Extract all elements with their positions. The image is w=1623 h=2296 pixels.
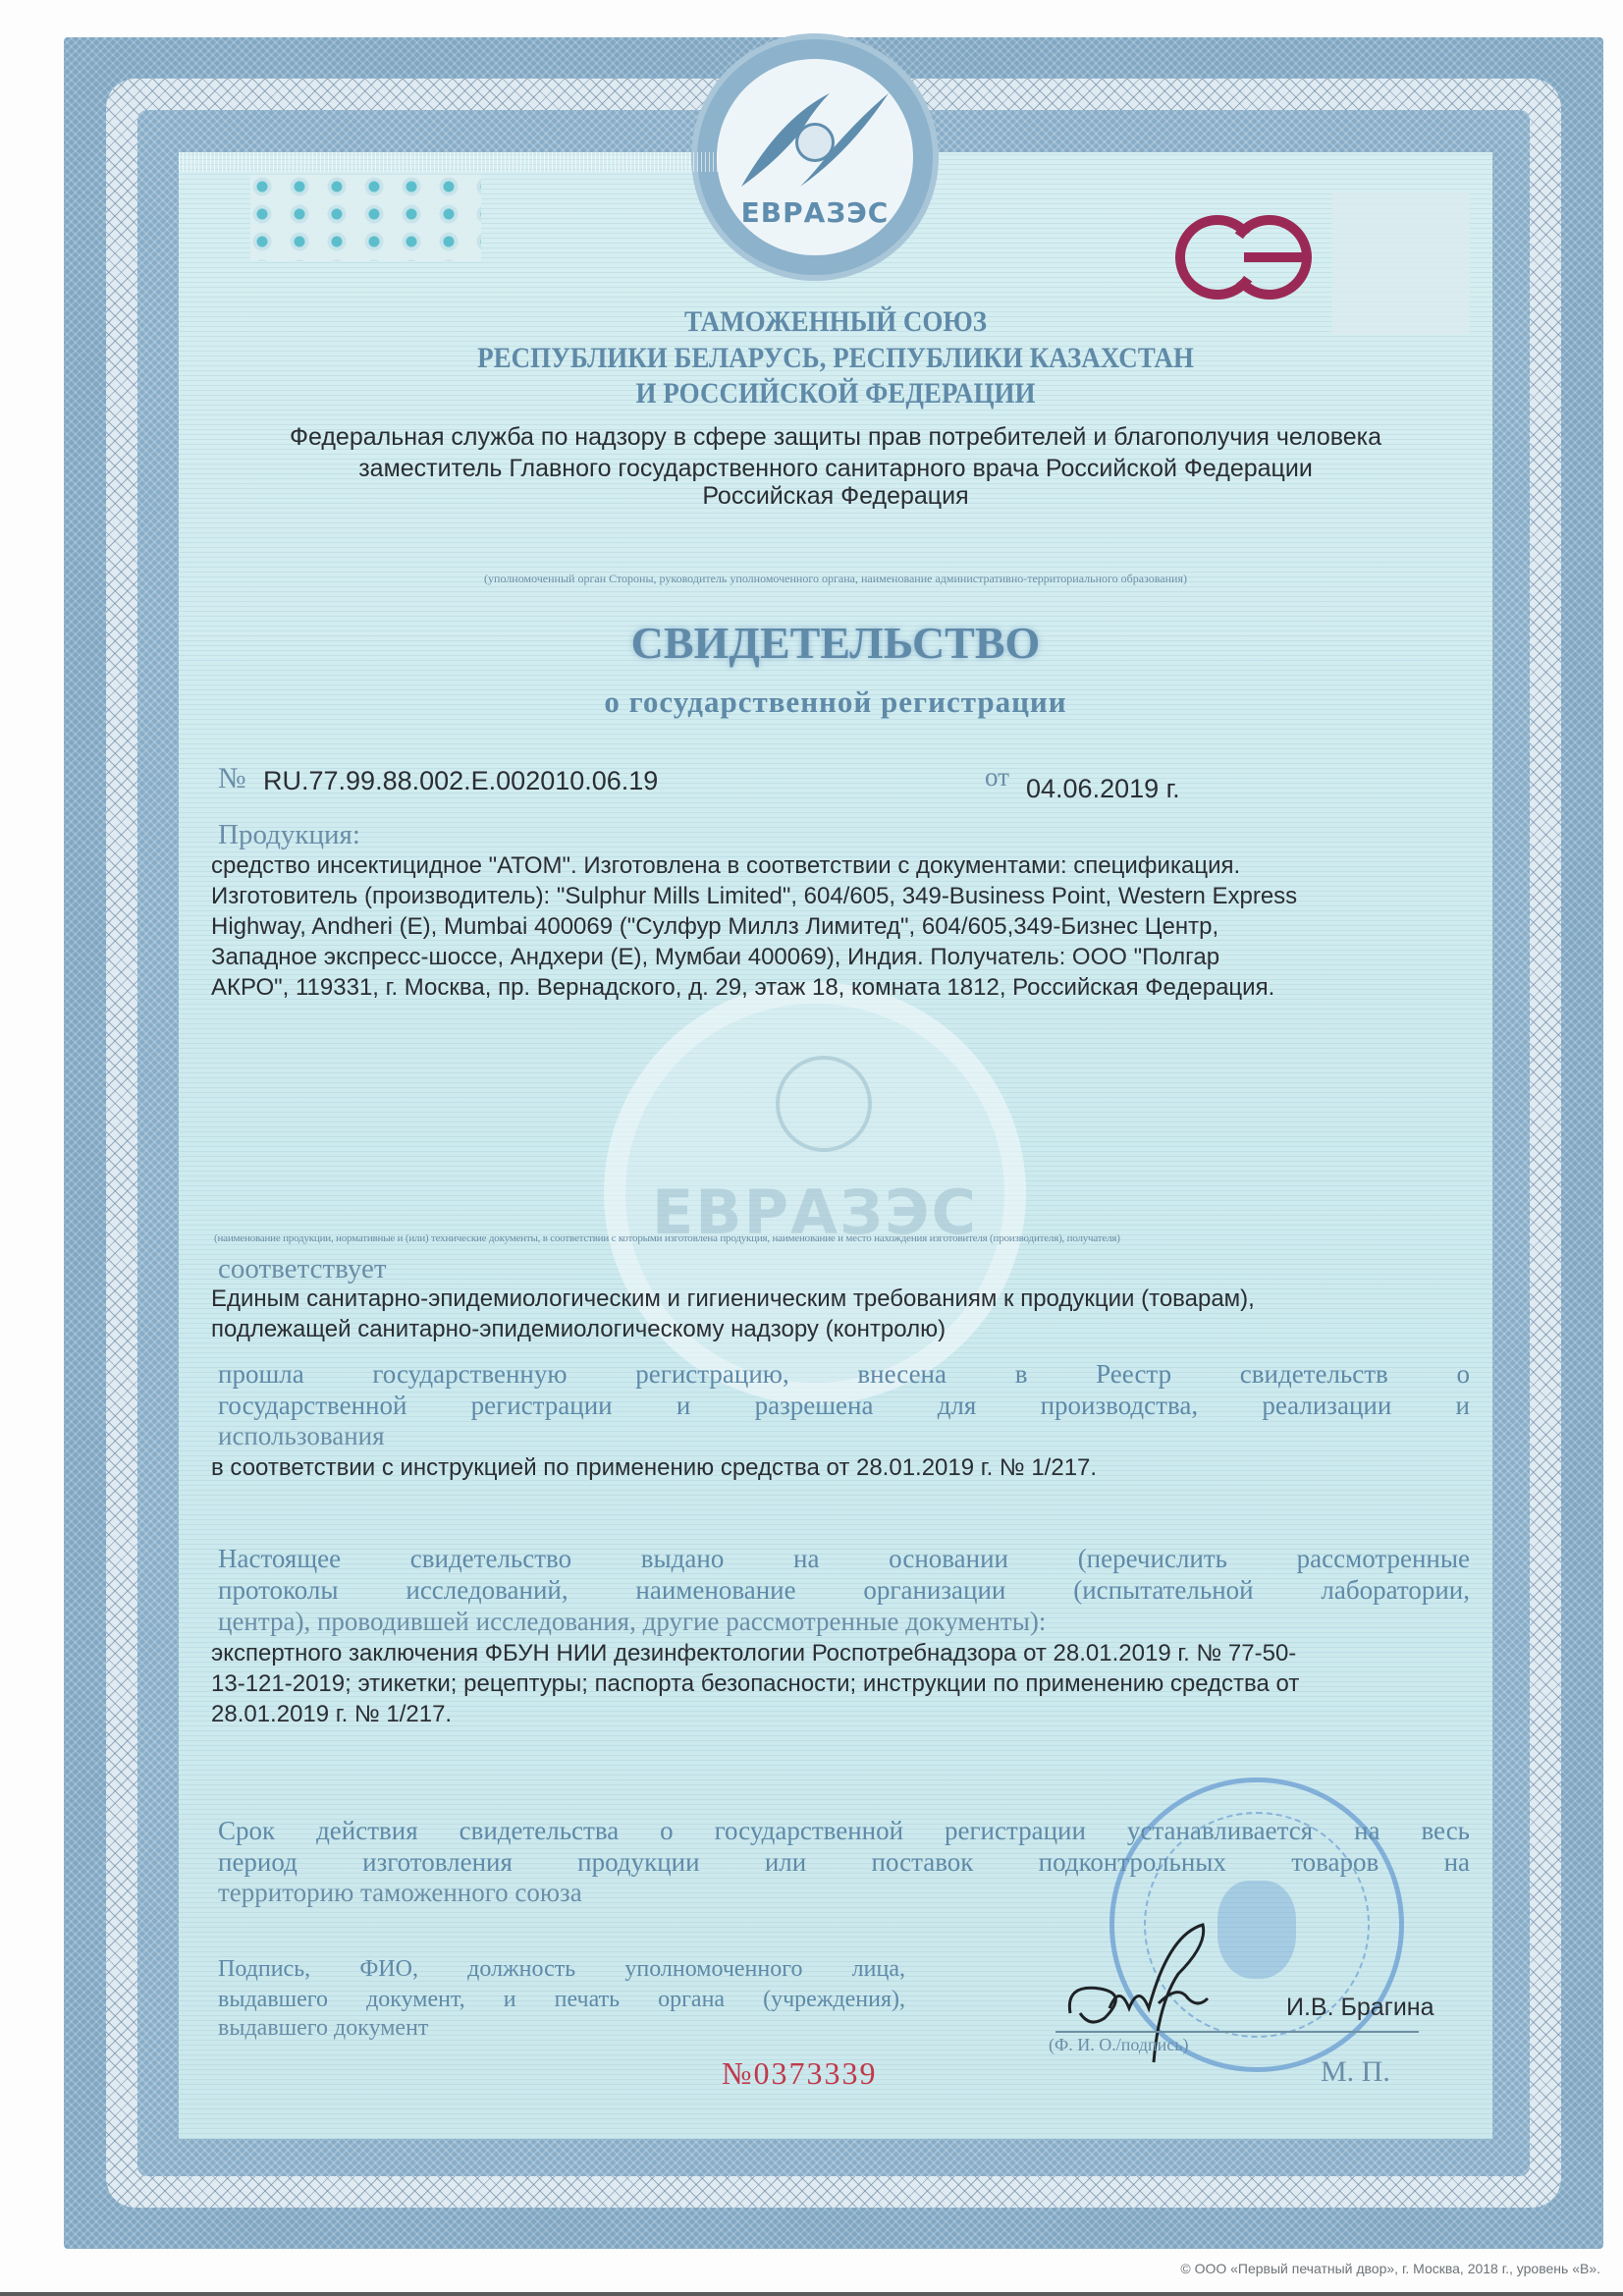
microtext-stripe xyxy=(179,152,719,172)
hologram-sticker xyxy=(250,175,481,261)
conformity-label: соответствует xyxy=(218,1253,387,1285)
basis-line: протоколы исследований, наименование орг… xyxy=(218,1574,1470,1606)
conformity-line: подлежащей санитарно-эпидемиологическому… xyxy=(211,1314,1478,1344)
seal-placement-label: М. П. xyxy=(1321,2055,1390,2089)
agency-caption: (уполномоченный орган Стороны, руководит… xyxy=(179,572,1492,586)
conformity-mark-icon xyxy=(1173,211,1316,304)
union-title-line-1: ТАМОЖЕННЫЙ СОЮЗ xyxy=(244,304,1427,340)
product-description: средство инсектицидное "АТОМ". Изготовле… xyxy=(211,850,1478,1003)
product-line: АКРО", 119331, г. Москва, пр. Вернадског… xyxy=(211,972,1478,1003)
product-label: Продукция: xyxy=(218,819,360,851)
signature-label-line: Подпись, ФИО, должность уполномоченного … xyxy=(218,1954,905,1985)
registration-detail: в соответствии с инструкцией по применен… xyxy=(211,1452,1097,1483)
validity-line: период изготовления продукции или постав… xyxy=(218,1846,1470,1878)
basis-line-last: центра), проводившей исследования, други… xyxy=(218,1607,1046,1637)
agency-line-2: заместитель Главного государственного са… xyxy=(179,454,1492,483)
product-line: Highway, Andheri (E), Mumbai 400069 ("Су… xyxy=(211,911,1478,942)
form-serial-number: №0373339 xyxy=(722,2055,878,2092)
product-line: Изготовитель (производитель): "Sulphur M… xyxy=(211,881,1478,911)
watermark-globe-icon xyxy=(776,1056,872,1152)
signature-label-line: выдавшего документ, и печать органа (учр… xyxy=(218,1985,905,2015)
agency-line-1: Федеральная служба по надзору в сфере за… xyxy=(179,422,1492,452)
certificate-title: СВИДЕТЕЛЬСТВО xyxy=(179,617,1492,669)
signer-name: И.В. Брагина xyxy=(1286,1994,1434,2022)
registration-number: RU.77.99.88.002.E.002010.06.19 xyxy=(263,766,658,796)
signature-line xyxy=(1055,2031,1419,2033)
statement-line-last: использования xyxy=(218,1421,385,1451)
certificate-subtitle: о государственной регистрации xyxy=(179,684,1492,720)
registration-date: 04.06.2019 г. xyxy=(1026,774,1180,804)
product-line: Западное экспресс-шоссе, Андхери (Е), Му… xyxy=(211,942,1478,972)
basis-line: Настоящее свидетельство выдано на основа… xyxy=(218,1543,1470,1574)
conformity-text: Единым санитарно-эпидемиологическим и ги… xyxy=(211,1284,1478,1344)
validity-line: Срок действия свидетельства о государств… xyxy=(218,1815,1470,1846)
scan-edge xyxy=(0,2292,1623,2296)
registration-statement: прошла государственную регистрацию, внес… xyxy=(218,1358,1470,1421)
product-caption: (наименование продукции, нормативные и (… xyxy=(214,1232,1120,1244)
basis-detail-line: 13-121-2019; этикетки; рецептуры; паспор… xyxy=(211,1668,1478,1699)
conformity-line: Единым санитарно-эпидемиологическим и ги… xyxy=(211,1284,1478,1314)
validity-line-last: территорию таможенного союза xyxy=(218,1878,582,1908)
signature-label: Подпись, ФИО, должность уполномоченного … xyxy=(218,1954,905,2015)
agency-line-3: Российская Федерация xyxy=(179,481,1492,511)
basis-detail-line: экспертного заключения ФБУН НИИ дезинфек… xyxy=(211,1638,1478,1668)
statement-line: прошла государственную регистрацию, внес… xyxy=(218,1358,1470,1390)
basis-statement: Настоящее свидетельство выдано на основа… xyxy=(218,1543,1470,1606)
union-title-line-2: РЕСПУБЛИКИ БЕЛАРУСЬ, РЕСПУБЛИКИ КАЗАХСТА… xyxy=(244,341,1427,376)
statement-line: государственной регистрации и разрешена … xyxy=(218,1390,1470,1421)
union-title-line-3: И РОССИЙСКОЙ ФЕДЕРАЦИИ xyxy=(244,376,1427,411)
product-line: средство инсектицидное "АТОМ". Изготовле… xyxy=(211,850,1478,881)
basis-detail-line: 28.01.2019 г. № 1/217. xyxy=(211,1699,1478,1729)
signature-line-caption: (Ф. И. О./подпись) xyxy=(1049,2035,1188,2055)
printer-footer: © ООО «Первый печатный двор», г. Москва,… xyxy=(884,2261,1600,2276)
date-label: от xyxy=(985,762,1009,793)
validity-statement: Срок действия свидетельства о государств… xyxy=(218,1815,1470,1878)
emblem-name: ЕВРАЗЭС xyxy=(717,196,913,229)
number-label: № xyxy=(218,762,246,795)
signature-label-line-last: выдавшего документ xyxy=(218,2015,428,2042)
basis-detail: экспертного заключения ФБУН НИИ дезинфек… xyxy=(211,1638,1478,1729)
globe-icon xyxy=(795,123,835,162)
